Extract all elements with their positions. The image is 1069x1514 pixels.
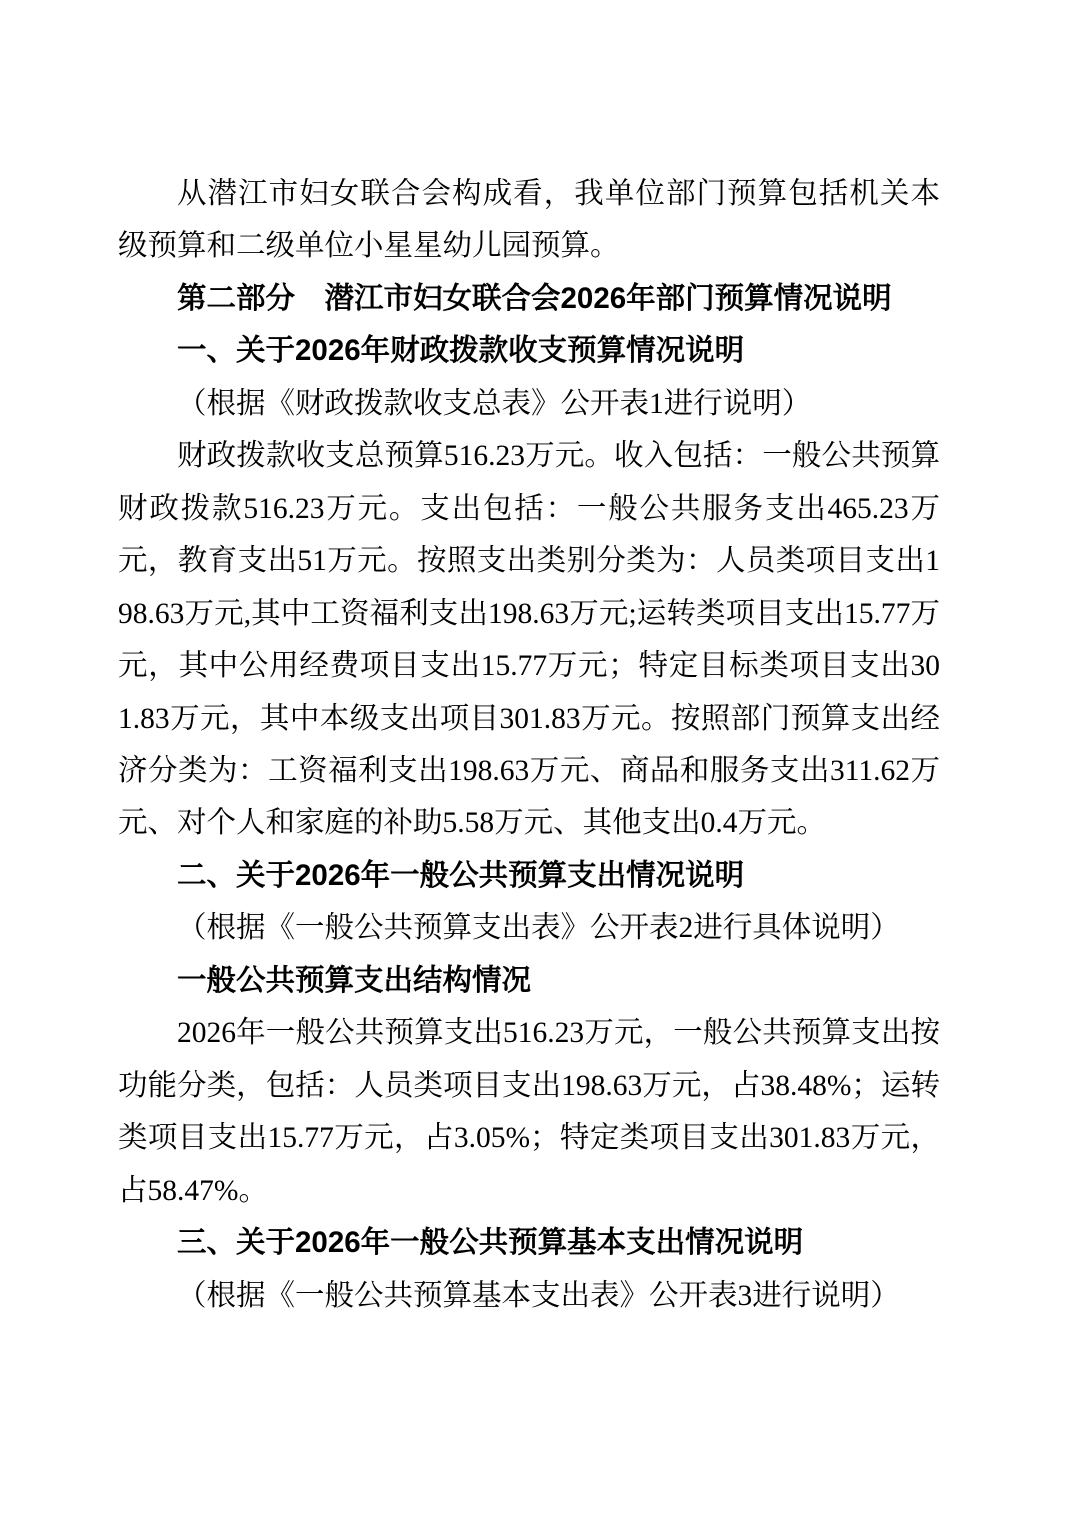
section2-subheading: 一般公共预算支出结构情况 [118, 955, 940, 1007]
part2-title: 第二部分 潜江市妇女联合会2026年部门预算情况说明 [118, 273, 940, 325]
intro-paragraph: 从潜江市妇女联合会构成看，我单位部门预算包括机关本级预算和二级单位小星星幼儿园预… [118, 168, 940, 273]
section1-note: （根据《财政拨款收支总表》公开表1进行说明） [118, 378, 940, 430]
document-content: 从潜江市妇女联合会构成看，我单位部门预算包括机关本级预算和二级单位小星星幼儿园预… [118, 168, 940, 1322]
section2-paragraph: 2026年一般公共预算支出516.23万元，一般公共预算支出按功能分类，包括：人… [118, 1007, 940, 1217]
section1-heading: 一、关于2026年财政拨款收支预算情况说明 [118, 325, 940, 377]
section1-paragraph: 财政拨款收支总预算516.23万元。收入包括：一般公共预算财政拨款516.23万… [118, 430, 940, 850]
section3-heading: 三、关于2026年一般公共预算基本支出情况说明 [118, 1217, 940, 1269]
section2-heading: 二、关于2026年一般公共预算支出情况说明 [118, 850, 940, 902]
section2-note: （根据《一般公共预算支出表》公开表2进行具体说明） [118, 902, 940, 954]
section3-note: （根据《一般公共预算基本支出表》公开表3进行说明） [118, 1270, 940, 1322]
document-page: 从潜江市妇女联合会构成看，我单位部门预算包括机关本级预算和二级单位小星星幼儿园预… [0, 0, 1069, 1514]
